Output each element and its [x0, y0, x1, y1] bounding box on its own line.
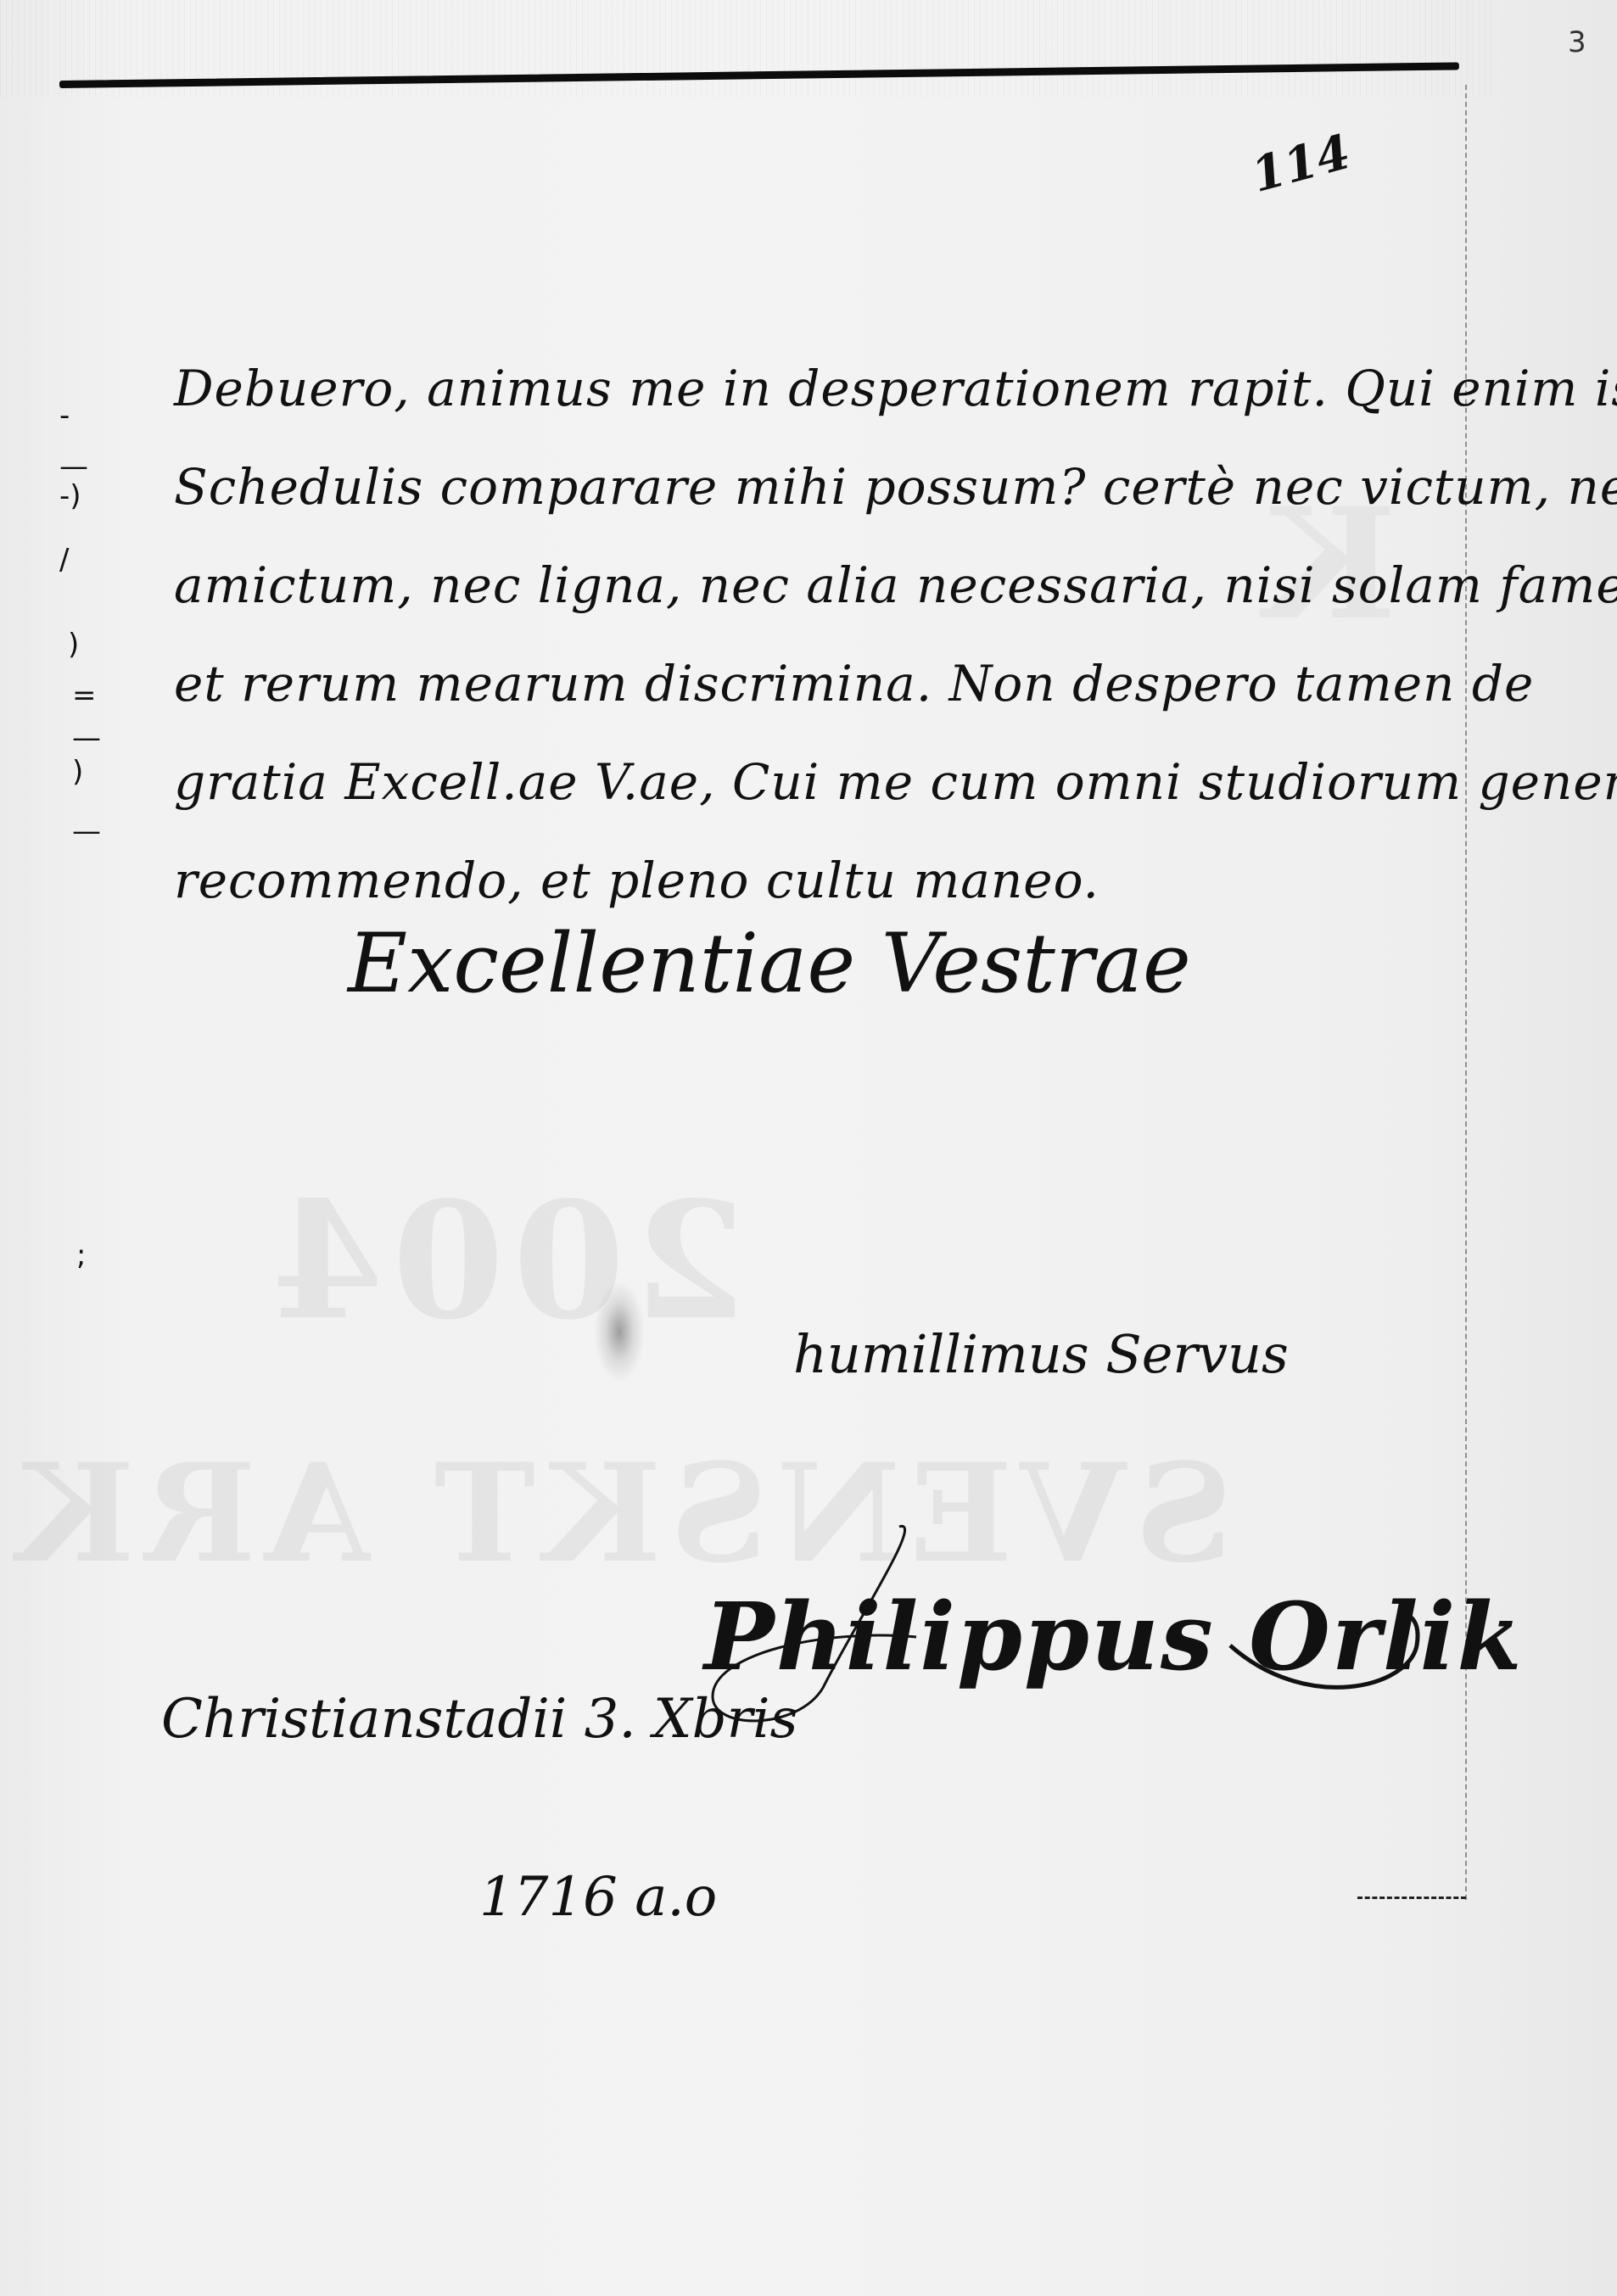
ink-stain: [594, 1281, 645, 1383]
margin-mark: -): [59, 479, 81, 513]
body-line: Schedulis comparare mihi possum? certè n…: [174, 438, 1463, 536]
margin-mark: —: [72, 814, 101, 848]
closing-salutation: Excellentiae Vestrae: [348, 916, 1191, 1011]
body-line: recommendo, et pleno cultu maneo.: [174, 831, 1463, 930]
watermark-number: 2004: [263, 1166, 746, 1355]
date-year: 1716 a.o: [479, 1866, 717, 1929]
letter-body: Debuero, animus me in desperationem rapi…: [174, 339, 1463, 930]
margin-mark: ;: [76, 1238, 86, 1272]
body-line: gratia Excell.ae V.ae, Cui me cum omni s…: [174, 733, 1463, 831]
folio-number: 114: [1245, 124, 1356, 204]
servus-line: humillimus Servus: [793, 1323, 1289, 1385]
body-line: Debuero, animus me in desperationem rapi…: [174, 339, 1463, 438]
margin-mark: ): [72, 755, 83, 789]
body-line: et rerum mearum discrimina. Non despero …: [174, 634, 1463, 733]
margin-mark: —: [59, 450, 88, 483]
bottom-corner-mark: [1357, 1890, 1466, 1899]
watermark-text: SVENSKT ARK: [8, 1433, 1233, 1593]
left-margin-marks: - — -) / ) = — ) — ;: [59, 399, 110, 1374]
body-line: amictum, nec ligna, nec alia necessaria,…: [174, 536, 1463, 634]
margin-mark: =: [72, 679, 97, 712]
document-page: 3 114 2004 SVENSKT ARK K - — -) / ) = — …: [0, 0, 1617, 2296]
place-and-date: Christianstadii 3. Xbris: [161, 1688, 797, 1751]
margin-mark: —: [72, 721, 101, 755]
margin-mark: /: [59, 543, 69, 577]
corner-page-number: 3: [1568, 25, 1586, 59]
margin-mark: ): [68, 628, 79, 662]
signature: Philippus Orlik: [704, 1582, 1524, 1691]
margin-mark: -: [59, 399, 70, 433]
